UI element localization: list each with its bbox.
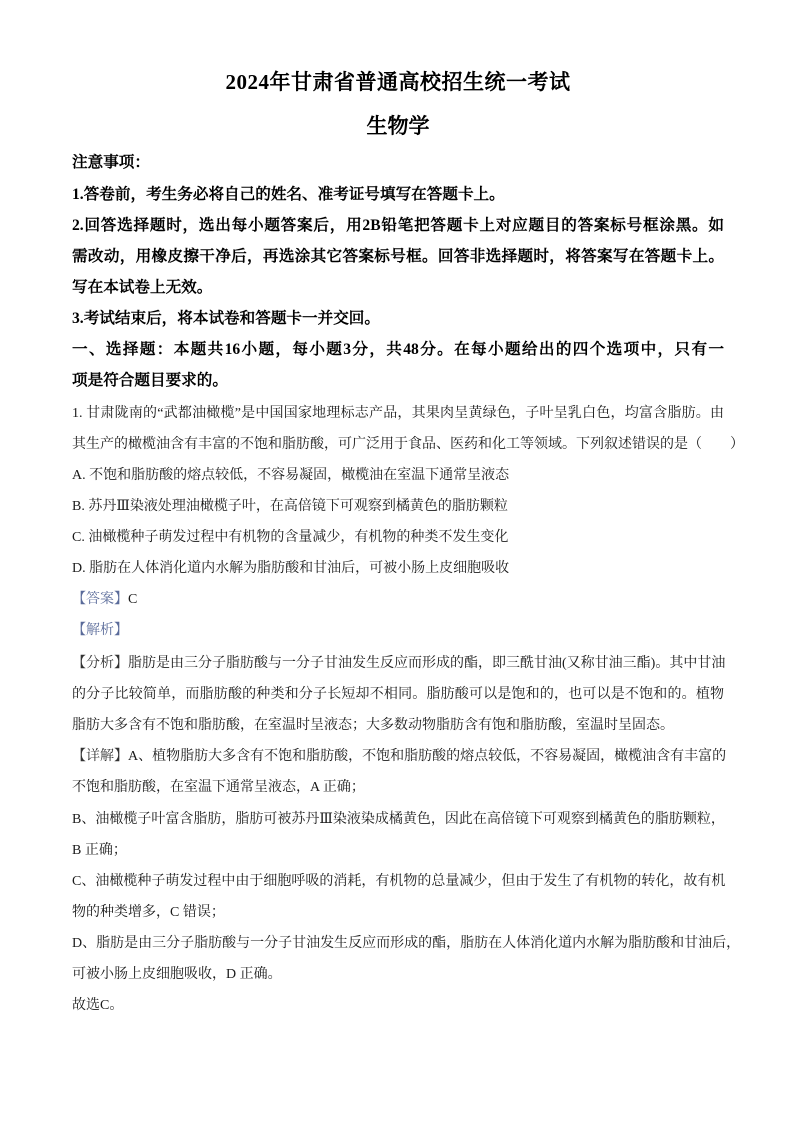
notice-item: 写在本试卷上无效。 xyxy=(72,275,724,297)
detail-text-line: B、油橄榄子叶富含脂肪，脂肪可被苏丹Ⅲ染液染成橘黄色，因此在高倍镜下可观察到橘黄… xyxy=(72,808,724,828)
answer-line: 【答案】C xyxy=(72,588,724,608)
question-stem: 1. 甘肃陇南的“武都油橄榄”是中国国家地理标志产品，其果肉呈黄绿色，子叶呈乳白… xyxy=(72,402,724,422)
detail-text-line: B 正确； xyxy=(72,839,724,859)
option-a: A. 不饱和脂肪酸的熔点较低，不容易凝固，橄榄油在室温下通常呈液态 xyxy=(72,464,724,484)
analysis-text-line: 的分子比较简单，而脂肪酸的种类和分子长短却不相同。脂肪酸可以是饱和的，也可以是不… xyxy=(72,683,724,703)
option-c: C. 油橄榄种子萌发过程中有机物的含量减少，有机物的种类不发生变化 xyxy=(72,526,724,546)
analysis-text-line: 脂肪是由三分子脂肪酸与一分子甘油发生反应而形成的酯，即三酰甘油(又称甘油三酯)。… xyxy=(128,656,725,671)
analysis-tag: 【分析】 xyxy=(72,656,128,671)
detail-tag: 【详解】 xyxy=(72,749,128,764)
detail-text-line: C、油橄榄种子萌发过程中由于细胞呼吸的消耗，有机物的总量减少，但由于发生了有机物… xyxy=(72,870,724,890)
detail-text-line: 不饱和脂肪酸，在室温下通常呈液态，A 正确； xyxy=(72,776,724,796)
question-stem-cont: 其生产的橄榄油含有丰富的不饱和脂肪酸，可广泛用于食品、医药和化工等领域。下列叙述… xyxy=(72,433,724,453)
conclusion: 故选C。 xyxy=(72,994,724,1014)
analysis-label: 【解析】 xyxy=(72,623,128,638)
exam-title: 2024年甘肃省普通高校招生统一考试 xyxy=(72,66,724,96)
notice-item: 需改动，用橡皮擦干净后，再选涂其它答案标号框。回答非选择题时，将答案写在答题卡上… xyxy=(72,244,724,266)
analysis-text-line: 脂肪大多含有不饱和脂肪酸，在室温时呈液态；大多数动物脂肪含有饱和脂肪酸，室温时呈… xyxy=(72,714,724,734)
notice-item: 2.回答选择题时，选出每小题答案后，用2B铅笔把答题卡上对应题目的答案标号框涂黑… xyxy=(72,213,724,235)
answer-label: 【答案】 xyxy=(72,592,128,607)
detail-text: 【详解】A、植物脂肪大多含有不饱和脂肪酸，不饱和脂肪酸的熔点较低，不容易凝固，橄… xyxy=(72,745,724,765)
detail-text-line: D、脂肪是由三分子脂肪酸与一分子甘油发生反应而形成的酯，脂肪在人体消化道内水解为… xyxy=(72,932,724,952)
section-heading-cont: 项是符合题目要求的。 xyxy=(72,368,724,390)
analysis-line: 【解析】 xyxy=(72,619,724,639)
subject-title: 生物学 xyxy=(72,110,724,140)
analysis-text: 【分析】脂肪是由三分子脂肪酸与一分子甘油发生反应而形成的酯，即三酰甘油(又称甘油… xyxy=(72,652,724,672)
detail-text-line: A、植物脂肪大多含有不饱和脂肪酸，不饱和脂肪酸的熔点较低，不容易凝固，橄榄油含有… xyxy=(128,749,726,764)
detail-text-line: 可被小肠上皮细胞吸收，D 正确。 xyxy=(72,963,724,983)
notice-heading: 注意事项： xyxy=(72,150,724,172)
answer-value: C xyxy=(128,592,137,607)
notice-item: 3.考试结束后，将本试卷和答题卡一并交回。 xyxy=(72,306,724,328)
detail-text-line: 物的种类增多，C 错误； xyxy=(72,901,724,921)
notice-item: 1.答卷前，考生务必将自己的姓名、准考证号填写在答题卡上。 xyxy=(72,182,724,204)
option-d: D. 脂肪在人体消化道内水解为脂肪酸和甘油后，可被小肠上皮细胞吸收 xyxy=(72,557,724,577)
section-heading: 一、选择题：本题共16小题，每小题3分，共48分。在每小题给出的四个选项中，只有… xyxy=(72,337,724,359)
option-b: B. 苏丹Ⅲ染液处理油橄榄子叶，在高倍镜下可观察到橘黄色的脂肪颗粒 xyxy=(72,495,724,515)
